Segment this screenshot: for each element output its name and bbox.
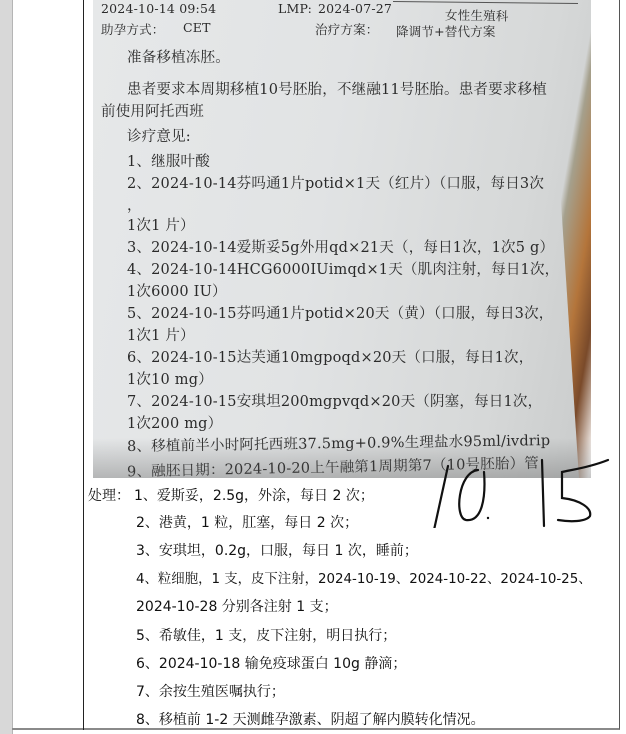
intro-line: 患者要求本周期移植10号胚胎，不继融11号胚胎。患者要求移植 (127, 78, 547, 99)
lmp-value: 2024-07-27 (318, 1, 392, 16)
lmp-label: LMP: (278, 1, 312, 16)
method-label: 助孕方式： (101, 20, 165, 38)
opinion-line: 7、2024-10-15安琪坦200mgpvqd×20天（阴塞，每日1次， (127, 390, 542, 411)
opinion-line: 6、2024-10-15达芙通10mgpoqd×20天（口服，每日1次， (127, 346, 533, 367)
opinion-line: 4、2024-10-14HCG6000IUimqd×1天（肌肉注射，每日1次， (127, 258, 559, 279)
plan-label: 治疗方案： (315, 20, 379, 38)
opinion-line: 2、2024-10-14芬吗通1片potid×1天（红片）（口服，每日3次 (127, 172, 544, 193)
opinion-line: 1次1 片） (127, 214, 195, 235)
prescription-photo: 2024-10-14 09:54 LMP: 2024-07-27 女性生殖科 助… (93, 0, 591, 478)
opinion-line: 1次200 mg） (127, 412, 222, 433)
treatment-item: 2024-10-28 分别各注射 1 支； (136, 596, 338, 616)
treatment-item: 6、2024-10-18 输免疫球蛋白 10g 静滴； (136, 653, 406, 673)
treatment-item: 7、余按生殖医嘱执行； (136, 681, 285, 701)
method-value: CET (183, 20, 211, 35)
treatment-label: 处理： (88, 485, 130, 505)
column-divider (83, 0, 84, 730)
plan-value: 降调节+替代方案 (396, 22, 496, 40)
treatment-item: 3、安琪坦，0.2g，口服，每日 1 次，睡前； (136, 540, 418, 560)
opinion-line: ， (127, 194, 142, 215)
handwritten-date-note: 10.15 (430, 458, 610, 528)
opinion-line: 1、继服叶酸 (127, 150, 210, 171)
opinion-line: 1次10 mg） (127, 368, 213, 389)
treatment-item: 2、港黄，1 粒，肛塞，每日 2 次； (136, 512, 358, 532)
opinion-line: 5、2024-10-15芬吗通1片potid×20天（黄）（口服，每日3次， (127, 302, 553, 323)
opinion-line: 1次1 片） (127, 324, 195, 345)
visit-datetime: 2024-10-14 09:54 (101, 1, 216, 16)
intro-line: 前使用阿托西班 (101, 100, 204, 121)
treatment-item: 1、爱斯妥，2.5g，外涂，每日 2 次； (134, 485, 374, 505)
opinion-line: 1次6000 IU） (127, 280, 227, 301)
treatment-item: 5、希敏佳，1 支，皮下注射，明日执行； (136, 625, 396, 645)
intro-line: 准备移植冻胚。 (127, 46, 230, 67)
opinion-title: 诊疗意见: (127, 125, 191, 146)
treatment-item: 8、移植前 1-2 天测雌孕激素、阴超了解内膜转化情况。 (136, 709, 485, 729)
treatment-item: 4、粒细胞，1 支，皮下注射，2024-10-19、2024-10-22、202… (136, 568, 592, 587)
opinion-line: 3、2024-10-14爱斯妥5g外用qd×21天（，每日1次，1次5 g） (127, 236, 554, 257)
